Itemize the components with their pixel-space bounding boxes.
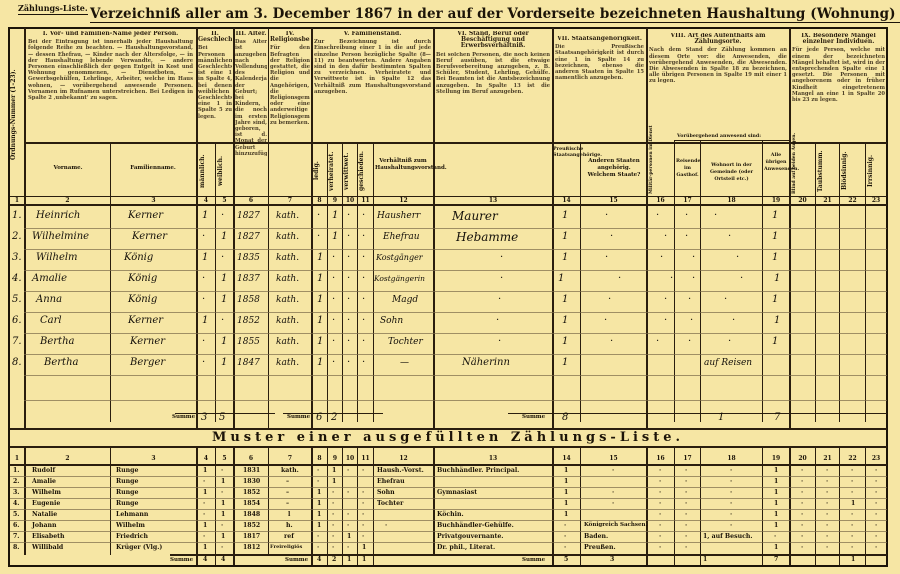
subheader-irrsinnig: Irrsinnig. [867, 148, 886, 194]
subheader-verwittwet: verwittwet. [343, 150, 356, 192]
group-VII-header: VII. Staatsangehörigkeit. Die Preußische… [555, 36, 644, 140]
subheader-weiblich: weiblich. [217, 150, 231, 192]
group-II-header: II. Geschlecht. Bei Personen männlichen … [198, 31, 232, 139]
sum-weiblich: 5 [219, 412, 225, 423]
group-I-header: I. Vor- und Familien-Name jeder Person. … [28, 31, 193, 139]
group-VI-header: VI. Stand, Beruf oder Beschäftigung und … [436, 31, 550, 191]
subheader-vorname: Vorname. [28, 165, 108, 172]
subheader-ledig: ledig. [313, 150, 326, 192]
subheader-vorueber-anwesend: Vorübergehend anwesend sind: [676, 133, 762, 140]
subheader-taubstumm: Taubstumm. [817, 148, 838, 194]
banner-divider [10, 446, 887, 448]
subheader-geschieden: geschieden. [358, 150, 372, 192]
subheader-blind: Blind auf beiden Augen. [792, 148, 814, 194]
subheader-militair: Militär-personen im Dienst [649, 148, 673, 194]
subheader-preussen: Preußische Staatsangehörige. [553, 146, 580, 158]
subheader-wohnort: Wohnort in der Gemeinde (oder Ortsteil e… [702, 162, 761, 183]
page-title: Verzeichniß aller am 3. December 1867 in… [90, 6, 900, 23]
sum-maennlich: 3 [201, 412, 207, 423]
entry-familienname: Kerner [128, 210, 163, 221]
subheader-alle-uebrigen: Alle übrigen Anwesenden. [764, 152, 788, 173]
sum-ledig: 6 [316, 412, 322, 423]
entry-nr: 1. [12, 210, 22, 221]
sum-verheiratet: 2 [331, 412, 337, 423]
entry-vorname: Heinrich [36, 210, 80, 221]
subheader-verhaeltnis: Verhältniß zum Haushaltungsvorstand. [375, 158, 431, 172]
subheader-maennlich: männlich. [199, 150, 213, 192]
subheader-blodsinnig: Blödsinnig. [841, 148, 864, 194]
group-III-header: III. Alter. Das Alter ist anzugeben nach… [235, 31, 267, 196]
group-V-header: V. Familienstand. Zur Bezeichnung ist du… [314, 31, 431, 139]
subheader-andere-staaten: Anderen Staaten angehörig. Welchem Staat… [583, 158, 645, 179]
subheader-reisende: Reisende im Gasthof. [676, 158, 699, 179]
sample-banner: Muster einer ausgefüllten Zählungs-Liste… [10, 429, 886, 446]
group-IX-header: IX. Besondere Mängel einzelner Individue… [792, 33, 885, 137]
sum-c18: 1 [718, 412, 724, 423]
sum-c19: 7 [774, 412, 780, 423]
subheader-verheiratet: verheiratet. [328, 150, 341, 192]
subheader-familienname: Familienname. [112, 165, 194, 172]
ordnungsnummer-header: Ordnungs-Nummer (1–23). [10, 40, 23, 190]
sum-preussen: 8 [562, 412, 568, 423]
corner-label: Zählungs-Liste. [18, 3, 88, 15]
group-VIII-header: VIII. Art des Aufenthalts am Zählungsort… [649, 33, 787, 137]
group-IV-header: IV. Religionsbekenntniß. Für den Befragt… [270, 31, 310, 196]
